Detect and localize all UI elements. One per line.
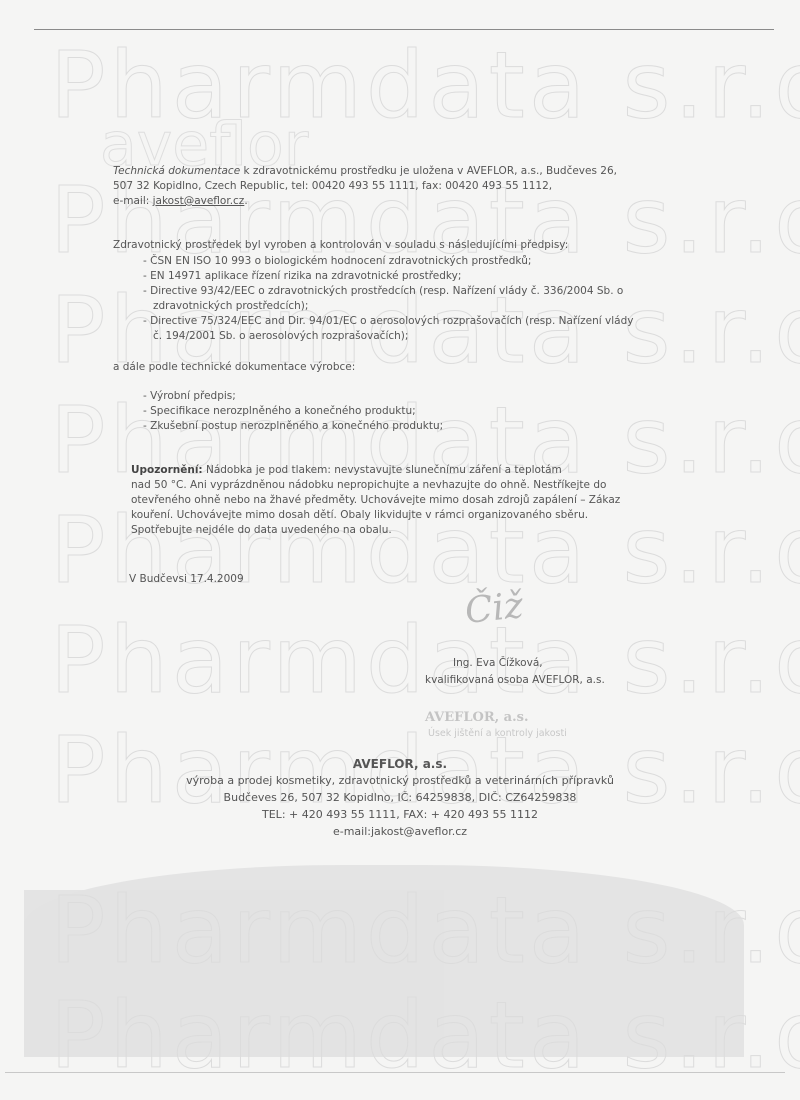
regulations-list: - ČSN EN ISO 10 993 o biologickém hodnoc…: [143, 254, 633, 344]
punctuation: .: [244, 195, 247, 207]
footer-phone: TEL: + 420 493 55 1111, FAX: + 420 493 5…: [0, 808, 800, 821]
email-link[interactable]: jakost@aveflor.cz: [153, 195, 245, 207]
note-text: k zdravotnickému prostředku je uložena v…: [240, 165, 617, 177]
signatory-name: Ing. Eva Čížková,: [453, 656, 543, 671]
footer-address: Budčeves 26, 507 32 Kopidlno, IČ: 642598…: [0, 791, 800, 804]
top-rule: [34, 29, 774, 30]
note-line-2: 507 32 Kopidlno, Czech Republic, tel: 00…: [113, 179, 617, 194]
footer-email: e-mail:jakost@aveflor.cz: [0, 825, 800, 838]
warning-label: Upozornění:: [131, 464, 203, 476]
watermark: Pharmdata s.r.o: [50, 885, 800, 977]
warning-line-1: Upozornění: Nádobka je pod tlakem: nevys…: [131, 463, 620, 478]
note-line-3: e-mail: jakost@aveflor.cz.: [113, 194, 617, 209]
doc-item: - Zkušební postup nerozplněného a konečn…: [143, 419, 443, 434]
regulation-item: - ČSN EN ISO 10 993 o biologickém hodnoc…: [143, 254, 633, 269]
technical-doc-note: Technická dokumentace k zdravotnickému p…: [113, 164, 617, 209]
regulation-item: - EN 14971 aplikace řízení rizika na zdr…: [143, 269, 633, 284]
warning-text: Nádobka je pod tlakem: nevystavujte slun…: [203, 464, 562, 476]
regulations-intro: Zdravotnický prostředek byl vyroben a ko…: [113, 238, 568, 253]
watermark: Pharmdata s.r.o: [50, 990, 800, 1082]
email-label: e-mail:: [113, 195, 153, 207]
bottom-rule: [5, 1072, 785, 1073]
manufacturer-docs-intro: a dále podle technické dokumentace výrob…: [113, 360, 355, 375]
regulation-item-cont: zdravotnických prostředcích);: [143, 299, 633, 314]
warning-line: nad 50 °C. Ani vyprázdněnou nádobku nepr…: [131, 478, 620, 493]
note-line-1: Technická dokumentace k zdravotnickému p…: [113, 164, 617, 179]
footer-company: AVEFLOR, a.s.: [0, 757, 800, 771]
handwritten-signature: Čiž: [463, 585, 525, 632]
warning-line: Spotřebujte nejdéle do data uvedeného na…: [131, 523, 620, 538]
document-page: Pharmdata s.r.o aveflor Pharmdata s.r.o …: [0, 0, 800, 1100]
manufacturer-docs-list: - Výrobní předpis; - Specifikace nerozpl…: [143, 389, 443, 434]
note-italic: Technická dokumentace: [113, 165, 240, 177]
stamp-company: AVEFLOR, a.s.: [425, 710, 528, 725]
doc-item: - Specifikace nerozplněného a konečného …: [143, 404, 443, 419]
regulation-item-cont: č. 194/2001 Sb. o aerosolových rozprašov…: [143, 329, 633, 344]
place-date: V Budčevsi 17.4.2009: [129, 572, 244, 587]
warning-block: Upozornění: Nádobka je pod tlakem: nevys…: [131, 463, 620, 538]
warning-line: otevřeného ohně nebo na žhavé předměty. …: [131, 493, 620, 508]
footer-line: výroba a prodej kosmetiky, zdravotnický …: [0, 774, 800, 787]
stamp-department: Úsek jištění a kontroly jakosti: [428, 728, 567, 739]
watermark: Pharmdata s.r.o: [50, 615, 800, 707]
warning-line: kouření. Uchovávejte mimo dosah dětí. Ob…: [131, 508, 620, 523]
regulation-item: - Directive 75/324/EEC and Dir. 94/01/EC…: [143, 314, 633, 329]
signatory-role: kvalifikovaná osoba AVEFLOR, a.s.: [425, 673, 605, 688]
doc-item: - Výrobní předpis;: [143, 389, 443, 404]
regulation-item: - Directive 93/42/EEC o zdravotnických p…: [143, 284, 633, 299]
